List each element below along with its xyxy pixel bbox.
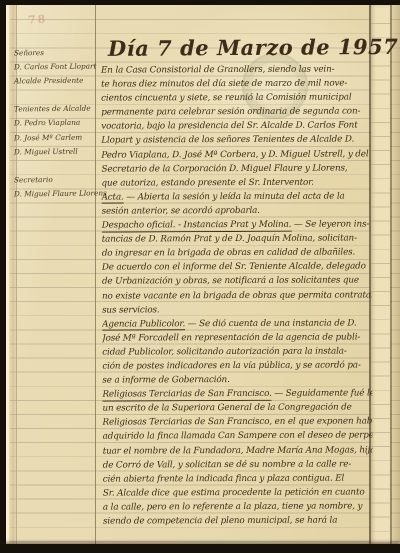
manuscript-line: tuar el nombre de la Fundadora, Madre Ma… [103, 443, 373, 458]
manuscript-text: ción de postes indicadores en la vía púb… [102, 360, 360, 371]
manuscript-text: a la calle, pero en lo referente a la pl… [103, 501, 362, 512]
manuscript-line: Despacho oficial. - Instancias Prat y Mo… [102, 217, 372, 232]
margin-note: Alcalde Presidente [14, 74, 94, 89]
section-heading: Despacho oficial. - Instancias Prat y Mo… [102, 220, 292, 232]
manuscript-line: Sr. Alcalde dice que estima procedente l… [103, 485, 373, 500]
manuscript-text: sus servicios. [102, 305, 159, 315]
manuscript-text: José Mª Forcadell en representación de l… [102, 332, 360, 343]
manuscript-line: que autoriza, estando presente el Sr. In… [101, 175, 371, 190]
manuscript-line: adquirido la finca llamada Can Sampere c… [103, 429, 373, 444]
manuscript-line: siendo de competencia del pleno municipa… [103, 513, 373, 528]
manuscript-line: do ingresar en la brigada de obras en ca… [102, 246, 372, 261]
manuscript-text: Llopart y asistencia de los señores Teni… [101, 135, 354, 146]
manuscript-text: Pedro Viaplana, D. José Mª Corbera, y D.… [101, 149, 368, 160]
margin-note: Tenientes de Alcalde [14, 102, 94, 117]
manuscript-line: Acta. — Abierta la sesión y leída la min… [102, 189, 372, 204]
manuscript-line: Secretario de la Corporación D. Miguel F… [101, 161, 371, 176]
manuscript-text: Secretario de la Corporación D. Miguel F… [101, 163, 347, 174]
manuscript-text: de Corró de Vall, y solicitan se dé su n… [103, 459, 351, 470]
manuscript-text: — Abierta la sesión y leída la minuta de… [124, 191, 345, 202]
manuscript-line: Agencia Publicolor. — Se dió cuenta de u… [102, 316, 372, 331]
ruled-lines [371, 10, 390, 544]
manuscript-text: te horas diez minutos del día siete de m… [101, 79, 347, 90]
margin-note: D. José Mª Carlem [14, 130, 94, 145]
manuscript-page: 78 Día 7 de Marzo de 1957 SeñoresD. Carl… [6, 5, 400, 544]
manuscript-line: cientos cincuenta y siete, se reunió la … [101, 91, 371, 106]
manuscript-line: sus servicios. [102, 302, 372, 317]
manuscript-text: Sr. Alcalde dice que estima procedente l… [103, 487, 365, 498]
manuscript-text: do ingresar en la brigada de obras en ca… [102, 248, 355, 259]
manuscript-text: sesión anterior, se acordó aprobarla. [102, 206, 260, 217]
margin-note: D. Pedro Viaplana [14, 116, 94, 131]
scan-border-top [0, 0, 400, 5]
manuscript-line: vocatoria, bajo la presidencia del Sr. A… [101, 119, 371, 134]
manuscript-text: tancias de D. Ramón Prat y de D. Joaquín… [102, 234, 357, 245]
manuscript-line: no existe vacante en la brigada de obras… [102, 288, 372, 303]
margin-rule-line [95, 5, 96, 544]
margin-note: D. Miguel Ustrell [14, 144, 94, 159]
section-heading: Agencia Publicolor. [102, 319, 185, 331]
manuscript-text: cién abierta frente la indicada finca y … [103, 473, 344, 484]
manuscript-line: de Corró de Vall, y solicitan se dé su n… [103, 457, 373, 472]
manuscript-line: cidad Publicolor, solicitando autorizaci… [102, 344, 372, 359]
manuscript-line: se a informe de Gobernación. [102, 372, 372, 387]
margin-spacer [14, 88, 94, 103]
margin-note: Señores [14, 46, 94, 61]
manuscript-text: de Urbanización y obras, se notificará a… [102, 276, 359, 287]
manuscript-text: tuar el nombre de la Fundadora, Madre Ma… [103, 445, 373, 456]
margin-spacer [14, 158, 94, 173]
manuscript-line: te horas diez minutos del día siete de m… [101, 77, 371, 92]
next-page-edge [371, 5, 390, 544]
marginalia: SeñoresD. Carlos Font LlopartAlcalde Pre… [14, 46, 94, 201]
manuscript-text: adquirido la finca llamada Can Sampere c… [103, 431, 373, 442]
margin-note: D. Carlos Font Llopart [14, 60, 94, 75]
manuscript-line: sesión anterior, se acordó aprobarla. [102, 203, 372, 218]
manuscript-text: no existe vacante en la brigada de obras… [102, 290, 372, 301]
manuscript-text: se a informe de Gobernación. [102, 375, 229, 386]
manuscript-text: un escrito de la Superiora General de la… [102, 403, 351, 414]
manuscript-line: un escrito de la Superiora General de la… [102, 401, 372, 416]
manuscript-line: José Mª Forcadell en representación de l… [102, 330, 372, 345]
manuscript-line: En la Casa Consistorial de Granollers, s… [101, 62, 371, 77]
manuscript-text: — Se leyeron ins- [291, 219, 369, 229]
folio-number: 78 [28, 12, 48, 26]
manuscript-line: cién abierta frente la indicada finca y … [103, 471, 373, 486]
manuscript-text: cientos cincuenta y siete, se reunió la … [101, 93, 351, 104]
manuscript-text: Religiosas Terciarias de San Francisco, … [103, 417, 373, 428]
manuscript-text: cidad Publicolor, solicitando autorizaci… [102, 346, 347, 357]
page-title: Día 7 de Marzo de 1957 [108, 34, 370, 61]
manuscript-text: — Se dió cuenta de una instancia de D. [185, 318, 357, 329]
margin-note: D. Miguel Flaure Llorens [14, 187, 94, 202]
manuscript-text: vocatoria, bajo la presidencia del Sr. A… [101, 121, 357, 132]
manuscript-line: De acuerdo con el informe del Sr. Tenien… [102, 260, 372, 275]
scan-border-bottom [0, 544, 400, 553]
manuscript-text: permanente para celebrar sesión ordinari… [101, 107, 360, 118]
body-text: En la Casa Consistorial de Granollers, s… [101, 62, 373, 528]
manuscript-line: de Urbanización y obras, se notificará a… [102, 274, 372, 289]
section-heading: Acta. [102, 192, 124, 204]
margin-note: Secretario [14, 172, 94, 187]
manuscript-text: que autoriza, estando presente el Sr. In… [101, 177, 313, 188]
manuscript-line: Religiosas Terciarias de San Francisco. … [102, 387, 372, 402]
manuscript-text: — Seguidamente fué leído [272, 388, 373, 399]
manuscript-text: siendo de competencia del pleno municipa… [103, 516, 337, 527]
manuscript-line: a la calle, pero en lo referente a la pl… [103, 499, 373, 514]
scan-border-left [0, 0, 6, 553]
manuscript-text: De acuerdo con el informe del Sr. Tenien… [102, 262, 366, 273]
manuscript-line: Llopart y asistencia de los señores Teni… [101, 133, 371, 148]
manuscript-line: Pedro Viaplana, D. José Mª Corbera, y D.… [101, 147, 371, 162]
manuscript-line: ción de postes indicadores en la vía púb… [102, 358, 372, 373]
manuscript-line: tancias de D. Ramón Prat y de D. Joaquín… [102, 232, 372, 247]
manuscript-text: En la Casa Consistorial de Granollers, s… [101, 65, 334, 76]
manuscript-line: Religiosas Terciarias de San Francisco, … [103, 415, 373, 430]
manuscript-line: permanente para celebrar sesión ordinari… [101, 105, 371, 120]
page-edge-shadow [390, 5, 400, 544]
section-heading: Religiosas Terciarias de San Francisco. [102, 389, 271, 401]
